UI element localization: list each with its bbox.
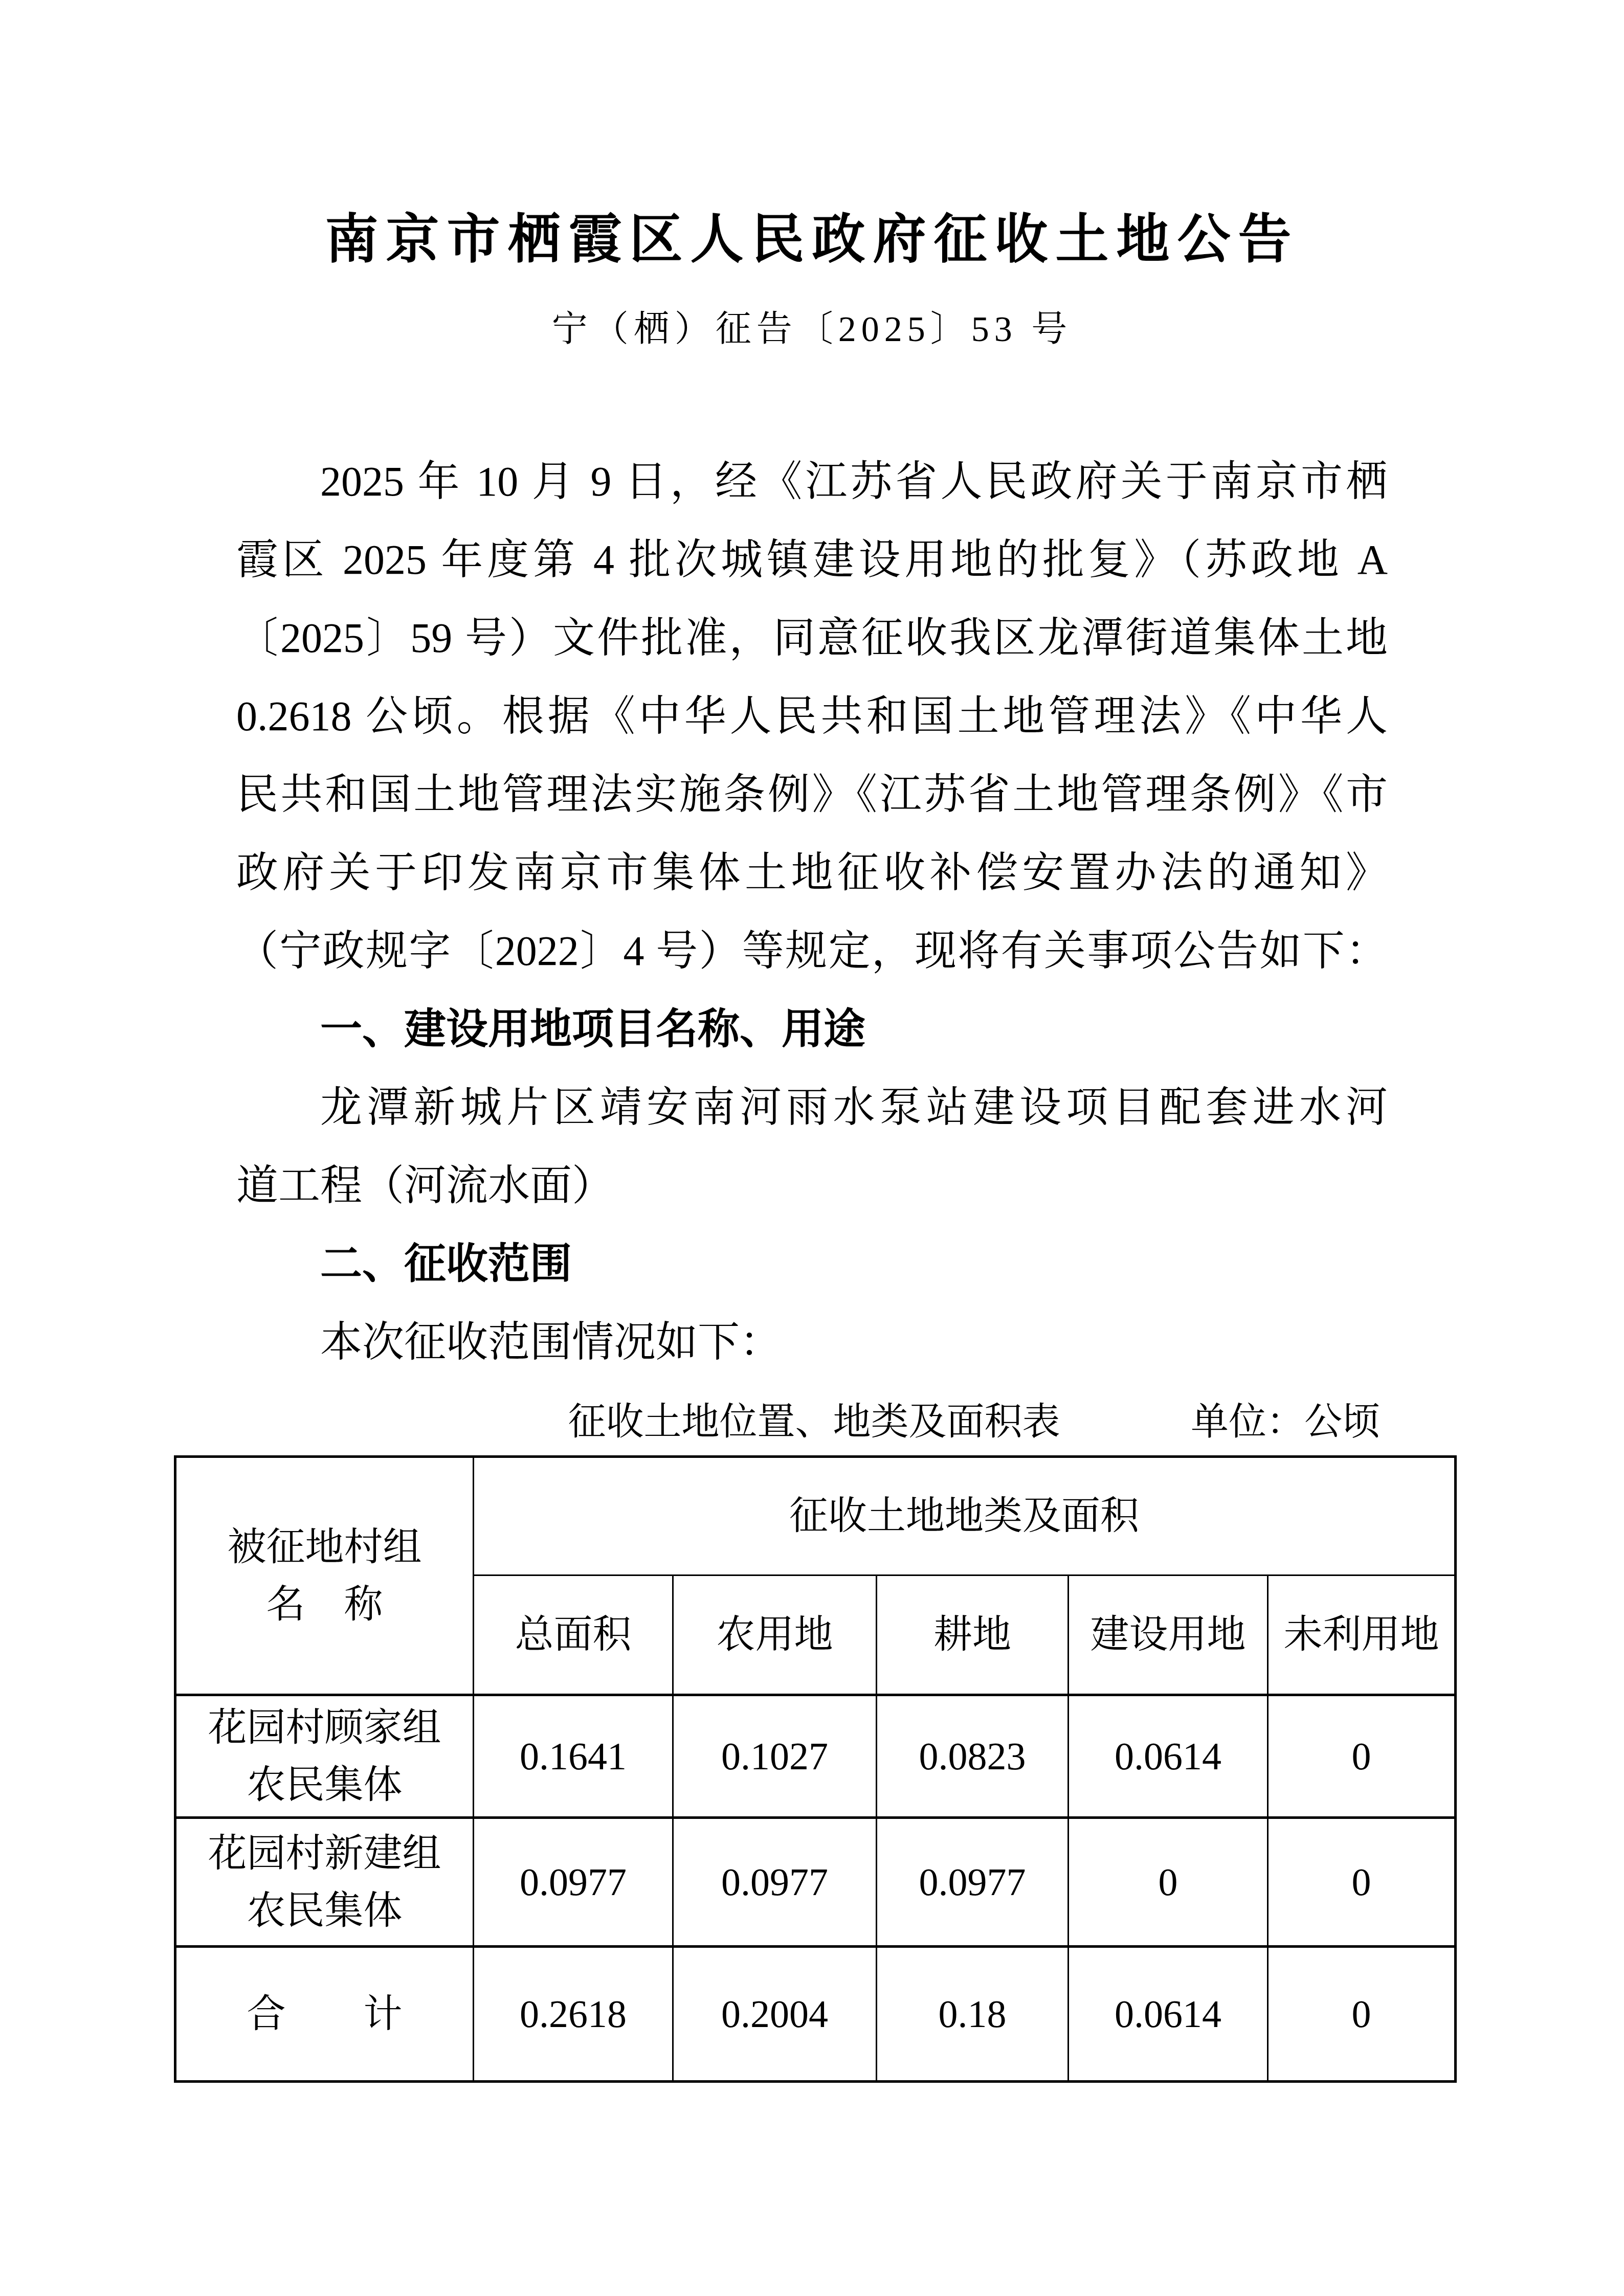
value-cell: 0 (1268, 1818, 1456, 1947)
table-total-row: 合 计 0.2618 0.2004 0.18 0.0614 0 (175, 1947, 1456, 2082)
table-group-header: 征收土地地类及面积 (474, 1457, 1456, 1575)
value-cell: 0 (1268, 1695, 1456, 1818)
doc-number: 宁（栖）征告〔2025〕53 号 (236, 312, 1388, 348)
value-cell: 0.0614 (1069, 1947, 1268, 2082)
row-name-line1: 花园村新建组 (176, 1825, 473, 1882)
value-cell: 0 (1069, 1818, 1268, 1947)
value-cell: 0.0977 (673, 1818, 877, 1947)
column-header-cultivated-land: 耕地 (877, 1575, 1069, 1695)
table-row: 花园村新建组 农民集体 0.0977 0.0977 0.0977 0 0 (175, 1818, 1456, 1947)
value-cell: 0.1641 (474, 1695, 673, 1818)
paragraph1-line: 霞区 2025 年度第 4 批次城镇建设用地的批复》（苏政地 A (236, 521, 1388, 599)
row-name-line1: 花园村顾家组 (176, 1699, 473, 1757)
paragraph1-line: 2025 年 10 月 9 日，经《江苏省人民政府关于南京市栖 (236, 442, 1388, 521)
row-name-cell: 花园村顾家组 农民集体 (175, 1695, 474, 1818)
value-cell: 0.2618 (474, 1947, 673, 2082)
corner-label-line1: 被征地村组 (176, 1519, 473, 1576)
land-acquisition-table: 被征地村组 名 称 征收土地地类及面积 总面积 农用地 耕地 建设用地 未利用地 (174, 1455, 1457, 2083)
row-name-line2: 农民集体 (176, 1882, 473, 1940)
column-header-total-area: 总面积 (474, 1575, 673, 1695)
document-content: 2025 年 10 月 9 日，经《江苏省人民政府关于南京市栖 霞区 2025 … (236, 442, 1388, 2083)
column-header-construction-land: 建设用地 (1069, 1575, 1268, 1695)
paragraph3-line: 本次征收范围情况如下： (236, 1303, 1388, 1381)
section-heading-1: 一、建设用地项目名称、用途 (236, 990, 1388, 1068)
total-row-label: 合 计 (175, 1947, 474, 2082)
paragraph1-line: 〔2025〕59 号）文件批准，同意征收我区龙潭街道集体土地 (236, 599, 1388, 677)
document-body: 南京市栖霞区人民政府征收土地公告 宁（栖）征告〔2025〕53 号 2025 年… (0, 0, 1624, 2083)
value-cell: 0 (1268, 1947, 1456, 2082)
table-caption: 征收土地位置、地类及面积表 (568, 1401, 1060, 1443)
table-header-row-1: 被征地村组 名 称 征收土地地类及面积 (175, 1457, 1456, 1575)
column-header-unused-land: 未利用地 (1268, 1575, 1456, 1695)
paragraph1-line: （宁政规字〔2022〕4 号）等规定，现将有关事项公告如下： (236, 912, 1388, 990)
corner-label-line2: 名 称 (176, 1576, 473, 1633)
table-row: 花园村顾家组 农民集体 0.1641 0.1027 0.0823 0.0614 … (175, 1695, 1456, 1818)
value-cell: 0.0977 (877, 1818, 1069, 1947)
value-cell: 0.0614 (1069, 1695, 1268, 1818)
table-unit-label: 单位：公顷 (1191, 1389, 1380, 1455)
value-cell: 0.2004 (673, 1947, 877, 2082)
table-caption-row: 征收土地位置、地类及面积表 单位：公顷 (174, 1389, 1454, 1455)
document-page: 南京市栖霞区人民政府征收土地公告 宁（栖）征告〔2025〕53 号 2025 年… (0, 0, 1624, 2296)
paragraph2-line: 龙潭新城片区靖安南河雨水泵站建设项目配套进水河 (236, 1068, 1388, 1146)
paragraph1-line: 政府关于印发南京市集体土地征收补偿安置办法的通知》 (236, 834, 1388, 912)
paragraph1-line: 民共和国土地管理法实施条例》《江苏省土地管理条例》《市 (236, 755, 1388, 834)
value-cell: 0.18 (877, 1947, 1069, 2082)
row-name-cell: 花园村新建组 农民集体 (175, 1818, 474, 1947)
row-name-line2: 农民集体 (176, 1757, 473, 1814)
value-cell: 0.0977 (474, 1818, 673, 1947)
table-corner-cell: 被征地村组 名 称 (175, 1457, 474, 1695)
column-header-agricultural-land: 农用地 (673, 1575, 877, 1695)
value-cell: 0.1027 (673, 1695, 877, 1818)
section-heading-2: 二、征收范围 (236, 1225, 1388, 1303)
paragraph1-line: 0.2618 公顷。根据《中华人民共和国土地管理法》《中华人 (236, 677, 1388, 755)
paragraph2-line: 道工程（河流水面） (236, 1146, 1388, 1225)
page-title: 南京市栖霞区人民政府征收土地公告 (236, 0, 1388, 274)
value-cell: 0.0823 (877, 1695, 1069, 1818)
